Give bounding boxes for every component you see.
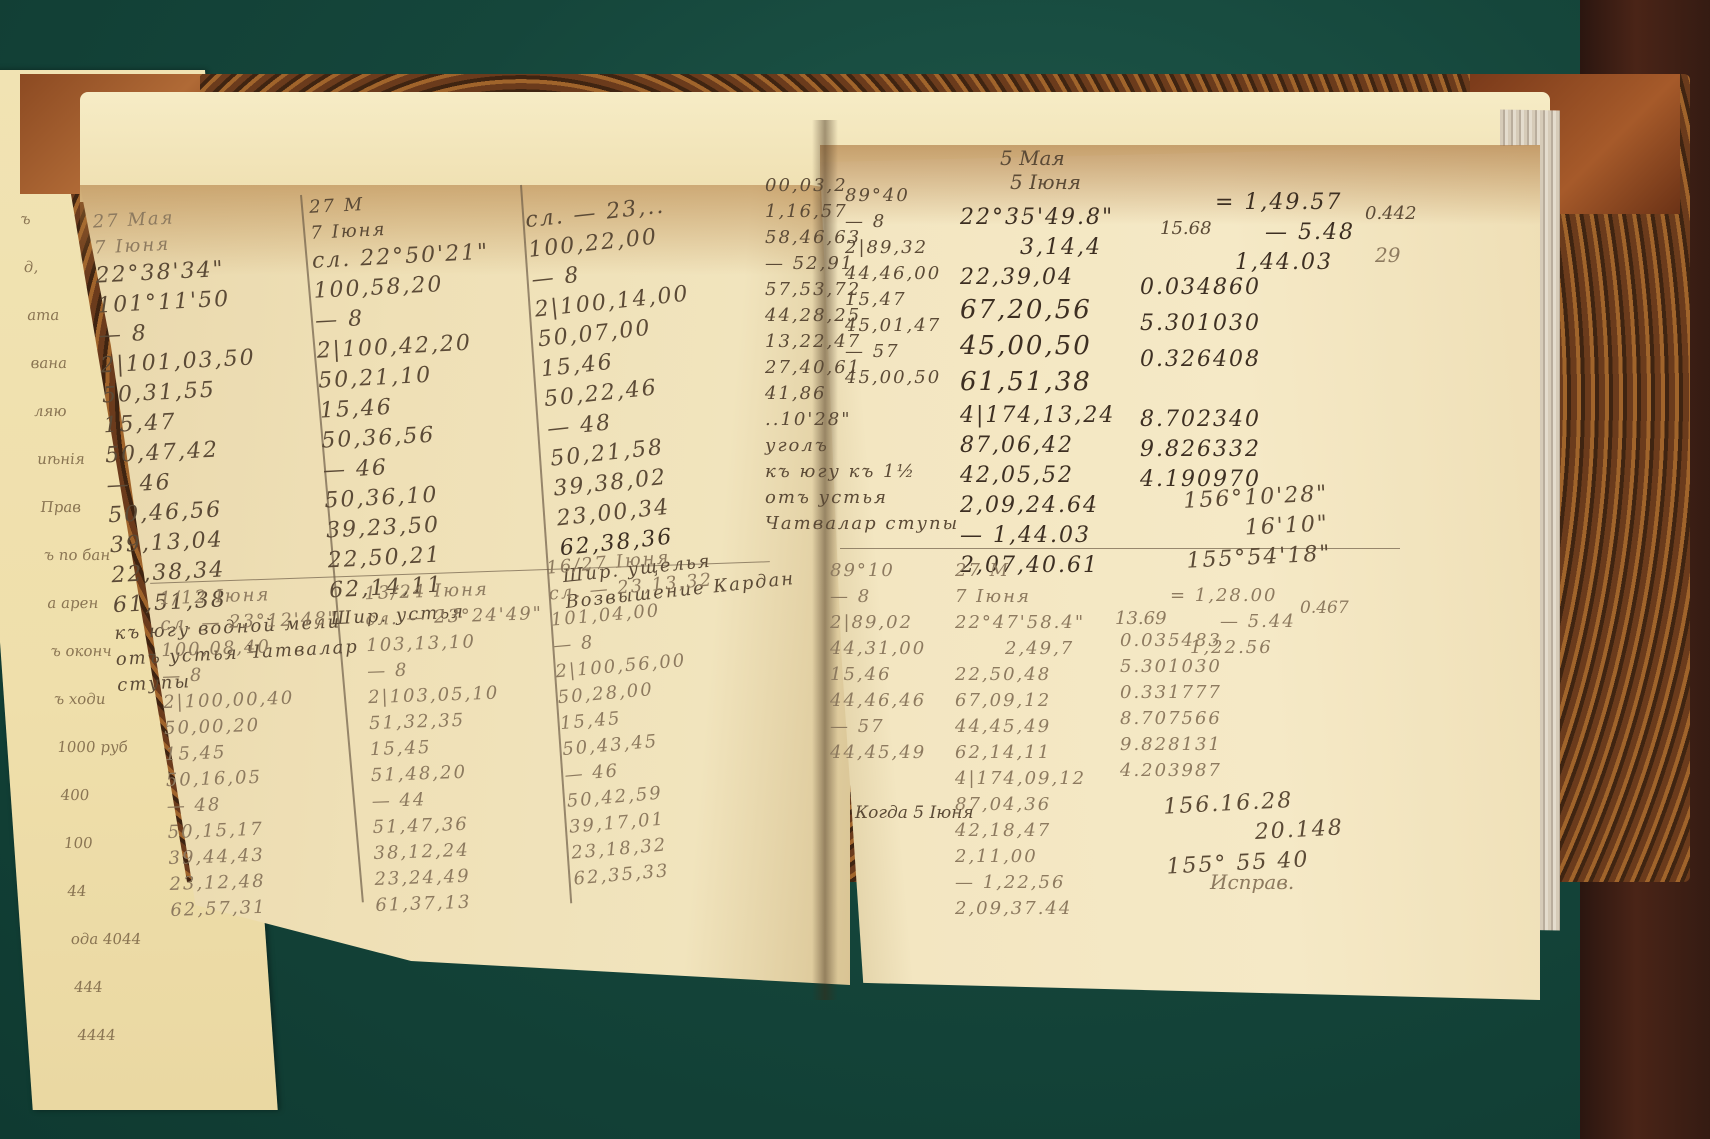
- calc-entry: 3,14,4: [960, 235, 1115, 265]
- bottom-col-c: 27 М 7 Іюня 22°47'58.4" 2,49,7 22,50,48 …: [955, 560, 1086, 924]
- calc-column-5: 13/24 Іюня сл. — 23°24'49" 103,13,10 — 8…: [364, 577, 553, 921]
- document-line: 1000 руб: [57, 738, 129, 756]
- calc-entry: — 1,44.03: [960, 523, 1115, 553]
- document-line: а арен: [47, 594, 99, 612]
- log-value: 5.301030: [1120, 656, 1222, 682]
- calc-entry: — 8: [845, 211, 941, 237]
- document-line: 44: [67, 882, 87, 900]
- log-value: 0.034860: [1140, 275, 1261, 311]
- calc-entry: — 5.48: [1215, 220, 1355, 250]
- calc-entry: = 1,28.00: [1170, 585, 1296, 611]
- document-line: ъ: [20, 210, 31, 228]
- calc-column-4: 1/12 Іюня сл. — 23°12'48" 100,08,40 — 8 …: [159, 582, 348, 926]
- document-line: ъ оконч: [50, 642, 112, 660]
- calc-entry: 87,04,36: [955, 794, 1086, 820]
- document-line: Прав: [40, 498, 82, 516]
- date-header: 5 Мая: [1000, 148, 1065, 168]
- calc-entry: = 1,49.57: [1215, 190, 1355, 220]
- calc-entry: ..10'28": [765, 409, 959, 435]
- document-line: ода 4044: [70, 930, 142, 948]
- log-value: 0.326408: [1140, 347, 1261, 407]
- document-line: ъ по бан: [43, 546, 110, 564]
- log-value: 8.707566: [1120, 708, 1222, 734]
- calc-entry: 2|89,32: [845, 237, 941, 263]
- calc-entry: — 57: [845, 341, 941, 367]
- calc-entry: 2|89,02: [830, 612, 926, 638]
- calc-entry: 4|174,13,24: [960, 403, 1115, 433]
- result-block: = 1,49.57 — 5.48 1,44.03: [1215, 190, 1355, 280]
- document-line: 100: [63, 834, 93, 852]
- calc-entry: 45,01,47: [845, 315, 941, 341]
- calc-entry: — 8: [830, 586, 926, 612]
- side-value: 0.442: [1365, 205, 1417, 223]
- right-col-b: 89°40 — 8 2|89,32 44,46,00 15,47 45,01,4…: [845, 185, 941, 393]
- side-value: 15.68: [1160, 220, 1212, 238]
- calc-entry: 61,51,38: [960, 367, 1115, 403]
- calc-entry: 15,47: [845, 289, 941, 315]
- calc-entry: 44,45,49: [955, 716, 1086, 742]
- note: къ югу къ 1½: [765, 461, 959, 487]
- calc-entry: 22,50,48: [955, 664, 1086, 690]
- log-value: 0.035483: [1120, 630, 1222, 656]
- calc-entry: 89°40: [845, 185, 941, 211]
- calc-entry: 2,49,7: [955, 638, 1086, 664]
- calc-entry: 44,46,46: [830, 690, 926, 716]
- calc-column-6: 16/27 Іюня сл. — 23,13,32 101,04,00 — 8 …: [546, 543, 740, 894]
- side-value: 13.69: [1115, 610, 1167, 628]
- bottom-log-values: 0.035483 5.301030 0.331777 8.707566 9.82…: [1120, 630, 1222, 786]
- calc-entry: 67,09,12: [955, 690, 1086, 716]
- calc-entry: 15,46: [830, 664, 926, 690]
- note: уголъ: [765, 435, 959, 461]
- calc-entry: 89°10: [830, 560, 926, 586]
- document-line: ляю: [33, 402, 67, 420]
- calc-entry: 2,09,37.44: [955, 898, 1086, 924]
- document-line: вана: [30, 354, 68, 372]
- calc-entry: 67,20,56: [960, 295, 1115, 331]
- note: отъ устья: [765, 487, 959, 513]
- log-value: 0.331777: [1120, 682, 1222, 708]
- side-value: 0.467: [1300, 600, 1349, 617]
- note: Чатвалар ступы: [765, 513, 959, 539]
- calc-entry: 2,09,24.64: [960, 493, 1115, 523]
- angle-results: 156°10'28" 16'10" 155°54'18": [1183, 481, 1333, 578]
- calc-entry: 4|174,09,12: [955, 768, 1086, 794]
- log-values: 0.034860 5.301030 0.326408 8.702340 9.82…: [1140, 275, 1261, 497]
- bottom-col-a: 89°10 — 8 2|89,02 44,31,00 15,46 44,46,4…: [830, 560, 926, 768]
- calc-entry: — 1,22,56: [955, 872, 1086, 898]
- document-line: иѣнія: [37, 450, 86, 468]
- log-value: 4.203987: [1120, 760, 1222, 786]
- calc-entry: 87,06,42: [960, 433, 1115, 463]
- document-line: 400: [60, 786, 90, 804]
- calc-entry: 44,31,00: [830, 638, 926, 664]
- calc-entry: 1,44.03: [1215, 250, 1355, 280]
- calc-entry: 44,46,00: [845, 263, 941, 289]
- document-line: 444: [73, 978, 103, 996]
- calc-entry: 22,39,04: [960, 265, 1115, 295]
- calc-entry: 62,14,11: [955, 742, 1086, 768]
- calc-entry: 44,45,49: [830, 742, 926, 768]
- calc-entry: 2,11,00: [955, 846, 1086, 872]
- date-header: 27 М: [955, 560, 1086, 586]
- log-value: 9.826332: [1140, 437, 1261, 467]
- calc-entry: 22°35'49.8": [960, 205, 1115, 235]
- document-line: 4444: [77, 1026, 116, 1044]
- side-value: 29: [1375, 245, 1400, 265]
- right-col-c: 22°35'49.8" 3,14,4 22,39,04 67,20,56 45,…: [960, 205, 1115, 583]
- calc-entry: 45,00,50: [845, 367, 941, 393]
- calc-entry: 22°47'58.4": [955, 612, 1086, 638]
- calc-entry: 45,00,50: [960, 331, 1115, 367]
- calc-entry: 42,05,52: [960, 463, 1115, 493]
- log-value: 9.828131: [1120, 734, 1222, 760]
- calc-entry: — 57: [830, 716, 926, 742]
- document-line: ата: [27, 306, 60, 324]
- log-value: 5.301030: [1140, 311, 1261, 347]
- document-line: ъ ходи: [53, 690, 106, 708]
- note: Когда 5 Іюня: [855, 805, 974, 822]
- date-header: 5 Іюня: [1010, 172, 1081, 192]
- document-line: д,: [23, 258, 39, 276]
- signature-note: Исправ.: [1210, 872, 1294, 892]
- calc-entry: 42,18,47: [955, 820, 1086, 846]
- log-value: 8.702340: [1140, 407, 1261, 437]
- calc-column-2: 27 М 7 Іюня сл. 22°50'21" 100,58,20 — 8 …: [309, 188, 509, 635]
- date-header: 7 Іюня: [955, 586, 1086, 612]
